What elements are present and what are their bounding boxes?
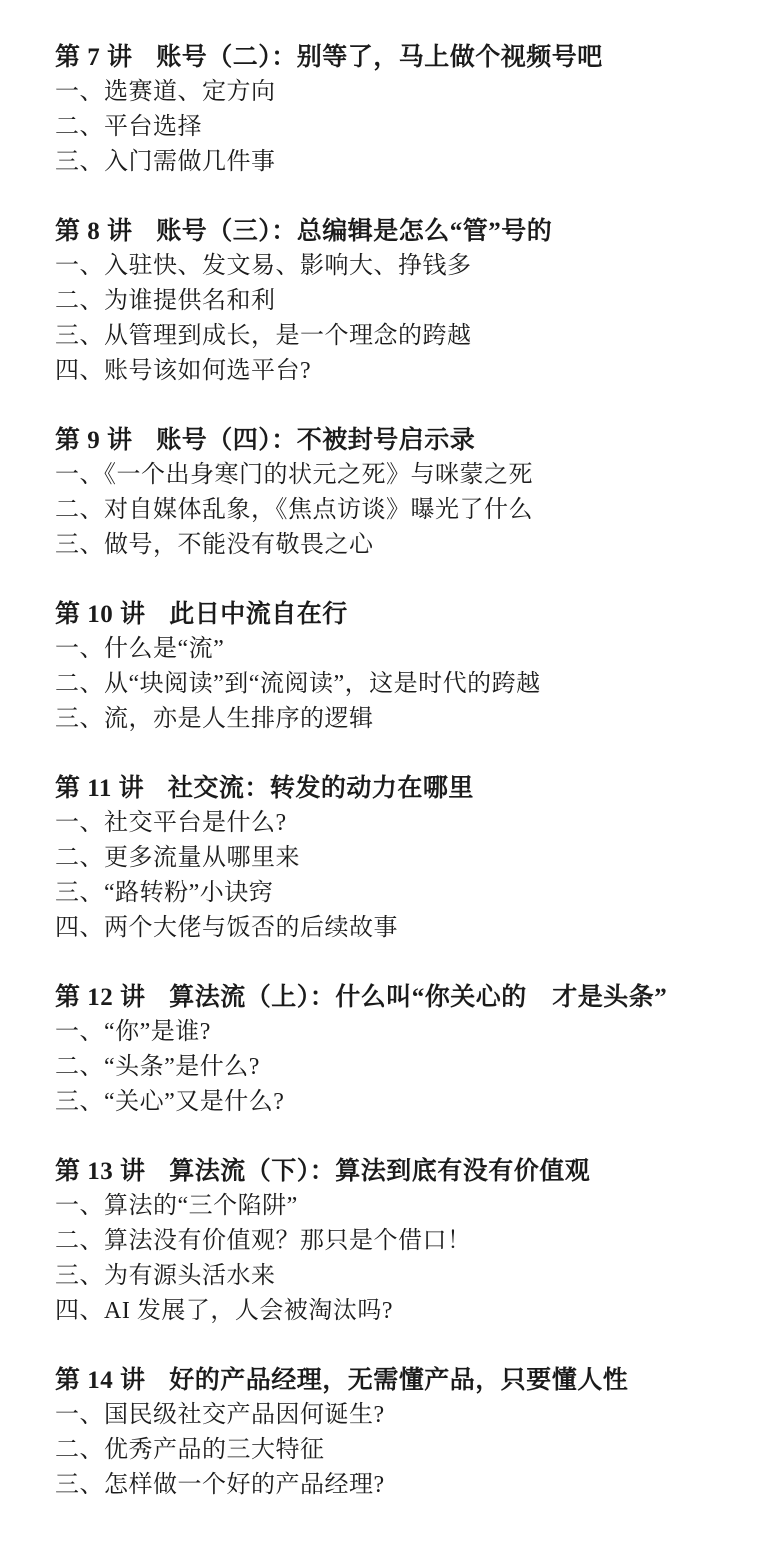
outline-item: 三、做号，不能没有敬畏之心 bbox=[55, 528, 738, 563]
outline-item: 一、选赛道、定方向 bbox=[55, 75, 738, 110]
lecture-section: 第 14 讲好的产品经理，无需懂产品，只要懂人性 一、国民级社交产品因何诞生?二… bbox=[55, 1363, 738, 1503]
outline-items: 一、社交平台是什么?二、更多流量从哪里来三、“路转粉”小诀窍四、两个大佬与饭否的… bbox=[55, 806, 738, 946]
lecture-title: 账号（四）：不被封号启示录 bbox=[156, 427, 475, 454]
lecture-number: 第 7 讲 bbox=[55, 44, 133, 71]
outline-item: 一、入驻快、发文易、影响大、挣钱多 bbox=[55, 249, 738, 284]
outline-item: 三、怎样做一个好的产品经理? bbox=[55, 1468, 738, 1503]
lecture-heading: 第 10 讲此日中流自在行 bbox=[55, 597, 738, 632]
outline-item: 三、入门需做几件事 bbox=[55, 145, 738, 180]
lecture-section: 第 8 讲账号（三）：总编辑是怎么“管”号的 一、入驻快、发文易、影响大、挣钱多… bbox=[55, 214, 738, 389]
lecture-number: 第 12 讲 bbox=[55, 984, 146, 1011]
outline-item: 二、平台选择 bbox=[55, 110, 738, 145]
outline-item: 二、更多流量从哪里来 bbox=[55, 841, 738, 876]
outline-items: 一、“你”是谁?二、“头条”是什么?三、“关心”又是什么? bbox=[55, 1015, 738, 1120]
lecture-number: 第 10 讲 bbox=[55, 601, 146, 628]
outline-item: 三、“路转粉”小诀窍 bbox=[55, 876, 738, 911]
lecture-section: 第 9 讲账号（四）：不被封号启示录 一、《一个出身寒门的状元之死》与咪蒙之死二… bbox=[55, 423, 738, 563]
lecture-number: 第 13 讲 bbox=[55, 1158, 146, 1185]
outline-item: 一、《一个出身寒门的状元之死》与咪蒙之死 bbox=[55, 458, 738, 493]
outline-item: 二、对自媒体乱象，《焦点访谈》曝光了什么 bbox=[55, 493, 738, 528]
lecture-heading: 第 9 讲账号（四）：不被封号启示录 bbox=[55, 423, 738, 458]
lecture-sections: 第 7 讲账号（二）：别等了，马上做个视频号吧 一、选赛道、定方向二、平台选择三… bbox=[55, 40, 738, 1503]
lecture-title: 社交流：转发的动力在哪里 bbox=[168, 775, 474, 802]
lecture-section: 第 13 讲算法流（下）：算法到底有没有价值观 一、算法的“三个陷阱”二、算法没… bbox=[55, 1154, 738, 1329]
outline-item: 四、AI 发展了，人会被淘汰吗? bbox=[55, 1294, 738, 1329]
lecture-title: 账号（三）：总编辑是怎么“管”号的 bbox=[156, 218, 552, 245]
lecture-number: 第 9 讲 bbox=[55, 427, 133, 454]
lecture-section: 第 10 讲此日中流自在行 一、什么是“流”二、从“块阅读”到“流阅读”，这是时… bbox=[55, 597, 738, 737]
outline-item: 一、国民级社交产品因何诞生? bbox=[55, 1398, 738, 1433]
outline-items: 一、选赛道、定方向二、平台选择三、入门需做几件事 bbox=[55, 75, 738, 180]
outline-items: 一、《一个出身寒门的状元之死》与咪蒙之死二、对自媒体乱象，《焦点访谈》曝光了什么… bbox=[55, 458, 738, 563]
outline-item: 三、从管理到成长，是一个理念的跨越 bbox=[55, 319, 738, 354]
lecture-title: 账号（二）：别等了，马上做个视频号吧 bbox=[156, 44, 603, 71]
lecture-heading: 第 14 讲好的产品经理，无需懂产品，只要懂人性 bbox=[55, 1363, 738, 1398]
lecture-title: 算法流（上）：什么叫“你关心的 才是头条” bbox=[169, 984, 667, 1011]
toc-page: 第 7 讲账号（二）：别等了，马上做个视频号吧 一、选赛道、定方向二、平台选择三… bbox=[0, 0, 762, 1542]
outline-item: 二、“头条”是什么? bbox=[55, 1050, 738, 1085]
lecture-title: 好的产品经理，无需懂产品，只要懂人性 bbox=[169, 1367, 628, 1394]
outline-item: 三、为有源头活水来 bbox=[55, 1259, 738, 1294]
lecture-number: 第 14 讲 bbox=[55, 1367, 146, 1394]
lecture-section: 第 7 讲账号（二）：别等了，马上做个视频号吧 一、选赛道、定方向二、平台选择三… bbox=[55, 40, 738, 180]
lecture-section: 第 11 讲社交流：转发的动力在哪里 一、社交平台是什么?二、更多流量从哪里来三… bbox=[55, 771, 738, 946]
outline-item: 四、两个大佬与饭否的后续故事 bbox=[55, 911, 738, 946]
lecture-title: 算法流（下）：算法到底有没有价值观 bbox=[169, 1158, 590, 1185]
outline-item: 四、账号该如何选平台? bbox=[55, 354, 738, 389]
outline-item: 三、流，亦是人生排序的逻辑 bbox=[55, 702, 738, 737]
outline-item: 一、“你”是谁? bbox=[55, 1015, 738, 1050]
outline-item: 二、从“块阅读”到“流阅读”，这是时代的跨越 bbox=[55, 667, 738, 702]
outline-items: 一、什么是“流”二、从“块阅读”到“流阅读”，这是时代的跨越三、流，亦是人生排序… bbox=[55, 632, 738, 737]
outline-item: 一、什么是“流” bbox=[55, 632, 738, 667]
lecture-number: 第 8 讲 bbox=[55, 218, 133, 245]
lecture-section: 第 12 讲算法流（上）：什么叫“你关心的 才是头条” 一、“你”是谁?二、“头… bbox=[55, 980, 738, 1120]
outline-item: 二、为谁提供名和利 bbox=[55, 284, 738, 319]
lecture-number: 第 11 讲 bbox=[55, 775, 144, 802]
lecture-heading: 第 12 讲算法流（上）：什么叫“你关心的 才是头条” bbox=[55, 980, 738, 1015]
outline-items: 一、算法的“三个陷阱”二、算法没有价值观？那只是个借口！三、为有源头活水来四、A… bbox=[55, 1189, 738, 1329]
outline-item: 一、社交平台是什么? bbox=[55, 806, 738, 841]
lecture-heading: 第 11 讲社交流：转发的动力在哪里 bbox=[55, 771, 738, 806]
lecture-heading: 第 13 讲算法流（下）：算法到底有没有价值观 bbox=[55, 1154, 738, 1189]
outline-item: 一、算法的“三个陷阱” bbox=[55, 1189, 738, 1224]
outline-item: 三、“关心”又是什么? bbox=[55, 1085, 738, 1120]
outline-item: 二、优秀产品的三大特征 bbox=[55, 1433, 738, 1468]
lecture-heading: 第 8 讲账号（三）：总编辑是怎么“管”号的 bbox=[55, 214, 738, 249]
lecture-title: 此日中流自在行 bbox=[169, 601, 348, 628]
outline-item: 二、算法没有价值观？那只是个借口！ bbox=[55, 1224, 738, 1259]
lecture-heading: 第 7 讲账号（二）：别等了，马上做个视频号吧 bbox=[55, 40, 738, 75]
outline-items: 一、国民级社交产品因何诞生?二、优秀产品的三大特征三、怎样做一个好的产品经理? bbox=[55, 1398, 738, 1503]
outline-items: 一、入驻快、发文易、影响大、挣钱多二、为谁提供名和利三、从管理到成长，是一个理念… bbox=[55, 249, 738, 389]
